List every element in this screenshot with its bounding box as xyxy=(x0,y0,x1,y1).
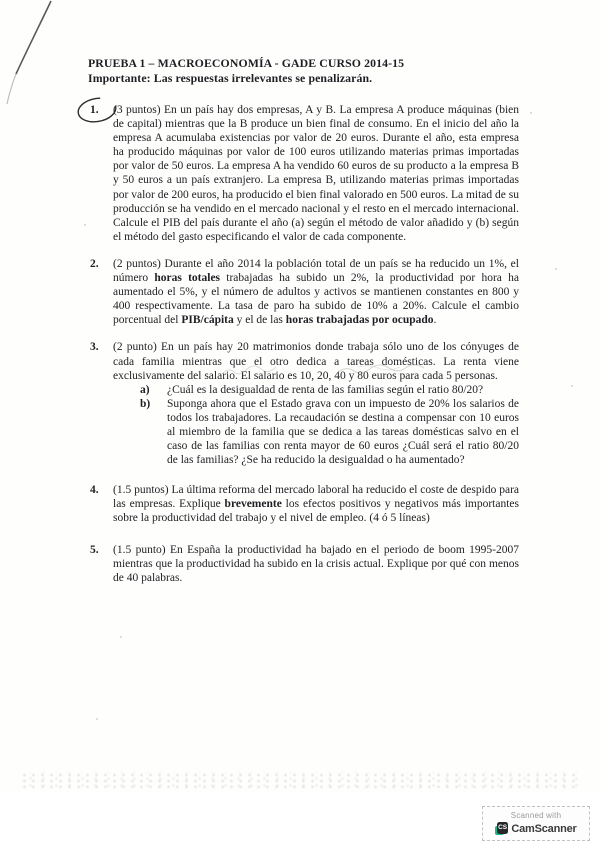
question-4: 4. (1.5 puntos) La última reforma del me… xyxy=(88,483,519,525)
question-2-number: 2. xyxy=(90,257,99,271)
camscanner-logo-icon: CS xyxy=(495,822,508,835)
scanned-page: PRUEBA 1 – MACROECONOMÍA - GADE CURSO 20… xyxy=(0,0,599,792)
question-2-text: (2 puntos) Durante el año 2014 la poblac… xyxy=(113,257,519,327)
question-2: 2. (2 puntos) Durante el año 2014 la pob… xyxy=(88,257,519,327)
question-1: 1. (3 puntos) En un país hay dos empresa… xyxy=(88,103,519,244)
question-1-text: (3 puntos) En un país hay dos empresas, … xyxy=(113,103,519,244)
question-1-number: 1. xyxy=(90,103,99,117)
question-3-sub-b: b) Suponga ahora que el Estado grava con… xyxy=(140,397,519,467)
camscanner-label: CamScanner xyxy=(511,823,576,835)
pen-mark-corner xyxy=(0,0,70,115)
question-5: 5. (1.5 punto) En España la productivida… xyxy=(88,543,519,585)
question-4-number: 4. xyxy=(90,483,99,497)
scan-speck xyxy=(530,112,532,114)
question-3-sub-a-text: ¿Cuál es la desigualdad de renta de las … xyxy=(167,384,483,396)
document-title: PRUEBA 1 – MACROECONOMÍA - GADE CURSO 20… xyxy=(88,56,520,71)
camscanner-badge: Scanned with CS CamScanner xyxy=(482,806,590,841)
question-3-sub-a-label: a) xyxy=(140,383,150,397)
scan-speck xyxy=(84,224,86,226)
document-header: PRUEBA 1 – MACROECONOMÍA - GADE CURSO 20… xyxy=(88,56,520,85)
scan-speck xyxy=(120,636,122,638)
question-3-text: (2 punto) En un país hay 20 matrimonios … xyxy=(113,340,519,382)
question-5-number: 5. xyxy=(90,543,99,557)
question-3-number: 3. xyxy=(90,340,99,354)
scan-speck xyxy=(555,268,557,270)
scan-speck xyxy=(96,718,98,720)
document-content: PRUEBA 1 – MACROECONOMÍA - GADE CURSO 20… xyxy=(88,56,520,598)
scan-noise-band xyxy=(20,772,580,788)
scanned-exam-screenshot: { "document": { "title": "PRUEBA 1 – MAC… xyxy=(0,0,599,848)
question-3-sub-a: a) ¿Cuál es la desigualdad de renta de l… xyxy=(140,383,519,397)
scan-speck xyxy=(571,385,573,387)
document-subtitle: Importante: Las respuestas irrelevantes … xyxy=(88,71,520,86)
question-3-sub-b-text: Suponga ahora que el Estado grava con un… xyxy=(167,398,519,466)
question-3-sub-b-label: b) xyxy=(140,397,150,411)
question-4-text: (1.5 puntos) La última reforma del merca… xyxy=(113,483,519,525)
scanned-with-label: Scanned with xyxy=(488,811,584,820)
camscanner-row: CS CamScanner xyxy=(488,822,584,835)
question-3: 3. (2 punto) En un país hay 20 matrimoni… xyxy=(88,340,519,467)
question-5-text: (1.5 punto) En España la productividad h… xyxy=(113,543,519,585)
